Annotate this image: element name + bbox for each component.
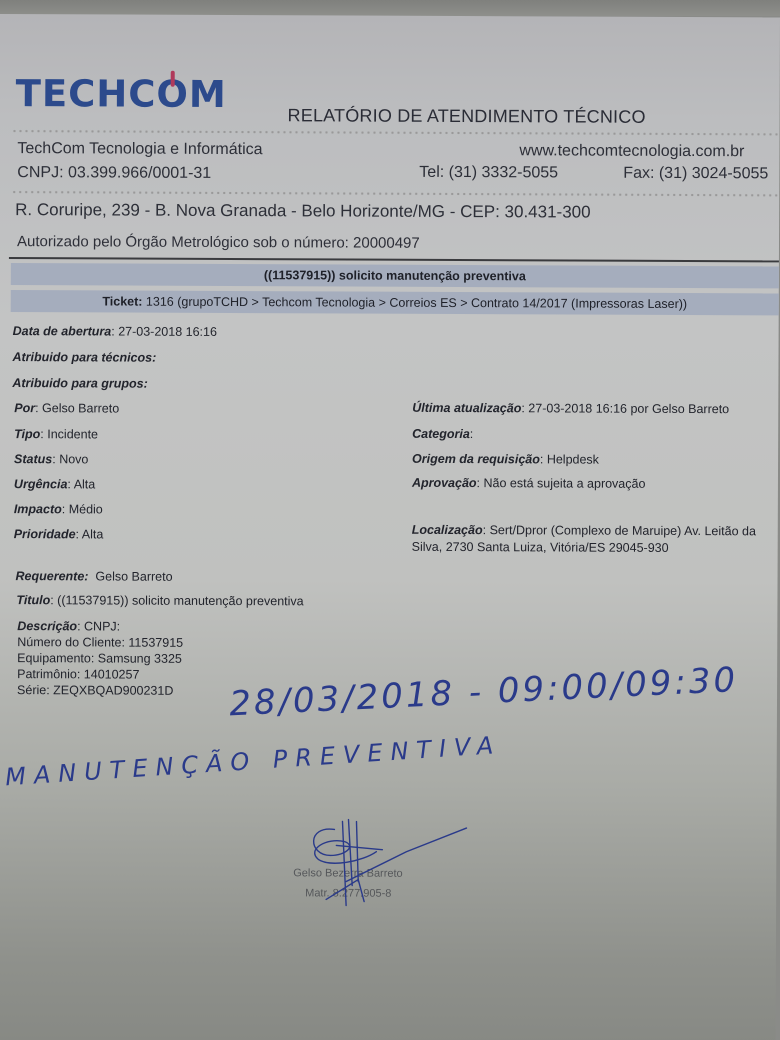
field-by: Por: Gelso Barreto bbox=[14, 401, 119, 415]
field-label: Urgência bbox=[14, 477, 68, 491]
dotted-divider bbox=[11, 129, 779, 136]
company-name: TechCom Tecnologia e Informática bbox=[17, 140, 262, 159]
ticket-value: 1316 (grupoTCHD > Techcom Tecnologia > C… bbox=[142, 295, 687, 311]
field-value: Incidente bbox=[47, 427, 98, 441]
ticket-label: Ticket: bbox=[102, 294, 142, 308]
field-value: Médio bbox=[69, 502, 103, 516]
header-divider bbox=[9, 257, 779, 262]
document-page: TECHCOM RELATÓRIO DE ATENDIMENTO TÉCNICO… bbox=[0, 14, 780, 1040]
field-label: Prioridade bbox=[14, 527, 76, 541]
description-equipment: Equipamento: Samsung 3325 bbox=[17, 650, 183, 667]
logo-text: TECHC bbox=[16, 72, 157, 116]
field-value: Não está sujeita a aprovação bbox=[483, 476, 645, 491]
field-priority: Prioridade: Alta bbox=[14, 527, 104, 541]
field-label: Última atualização bbox=[412, 401, 521, 415]
field-value: 27-03-2018 16:16 bbox=[118, 325, 217, 339]
field-label: Localização bbox=[412, 523, 483, 537]
field-value: Alta bbox=[74, 477, 96, 491]
company-fax: Fax: (31) 3024-5055 bbox=[623, 165, 768, 184]
field-urgency: Urgência: Alta bbox=[14, 477, 95, 491]
field-value: Gelso Barreto bbox=[42, 401, 119, 415]
company-cnpj: CNPJ: 03.399.966/0001-31 bbox=[17, 164, 211, 183]
field-sep: : bbox=[483, 523, 490, 537]
field-sep: : bbox=[477, 476, 484, 490]
field-sep: : bbox=[540, 452, 547, 466]
description-serial: Série: ZEQXBQAD900231D bbox=[17, 682, 183, 699]
description-header: Descrição: CNPJ: bbox=[17, 618, 183, 635]
techcom-logo: TECHCOM bbox=[16, 72, 227, 116]
field-label: Atribuido para técnicos: bbox=[12, 350, 156, 365]
field-label: Por bbox=[14, 401, 35, 415]
field-sep: : bbox=[35, 401, 42, 415]
field-status: Status: Novo bbox=[14, 452, 88, 466]
field-label: Aprovação bbox=[412, 476, 477, 490]
field-type: Tipo: Incidente bbox=[14, 427, 98, 441]
field-label: Status bbox=[14, 452, 52, 466]
signature-icon bbox=[286, 815, 486, 916]
power-icon: O bbox=[156, 73, 189, 116]
field-assigned-technicians: Atribuido para técnicos: bbox=[12, 350, 156, 365]
handwritten-note: MANUTENÇÃO PREVENTIVA bbox=[4, 731, 502, 791]
field-label: Titulo bbox=[16, 593, 50, 607]
field-value: Gelso Barreto bbox=[95, 569, 172, 583]
ticket-path-band: Ticket: 1316 (grupoTCHD > Techcom Tecnol… bbox=[11, 290, 779, 315]
ticket-title-band: ((11537915)) solicito manutenção prevent… bbox=[11, 263, 779, 288]
company-phone: Tel: (31) 3332-5055 bbox=[419, 164, 558, 183]
field-label: Impacto bbox=[14, 502, 62, 516]
field-value: Novo bbox=[59, 452, 88, 466]
field-label: Descrição bbox=[17, 619, 77, 633]
field-location: Localização: Sert/Dpror (Complexo de Mar… bbox=[412, 522, 780, 558]
logo-text-tail: M bbox=[189, 73, 227, 116]
field-sep: : bbox=[50, 593, 57, 607]
field-description: Descrição: CNPJ: Número do Cliente: 1153… bbox=[17, 618, 183, 699]
field-value: ((11537915)) solicito manutenção prevent… bbox=[57, 593, 303, 608]
field-sep: : bbox=[62, 502, 69, 516]
field-requester: Requerente: Gelso Barreto bbox=[16, 569, 173, 584]
field-value: CNPJ: bbox=[84, 619, 120, 633]
company-address: R. Coruripe, 239 - B. Nova Granada - Bel… bbox=[15, 200, 591, 223]
field-label: Tipo bbox=[14, 427, 40, 441]
report-title: RELATÓRIO DE ATENDIMENTO TÉCNICO bbox=[288, 105, 646, 128]
field-label: Origem da requisição bbox=[412, 452, 540, 467]
field-label: Atribuido para grupos: bbox=[12, 376, 147, 391]
field-label: Data de abertura bbox=[13, 324, 112, 338]
handwritten-date-time: 28/03/2018 - 09:00/09:30 bbox=[228, 660, 739, 724]
field-sep: : bbox=[77, 619, 84, 633]
field-approval: Aprovação: Não está sujeita a aprovação bbox=[412, 476, 646, 491]
field-value: Alta bbox=[82, 527, 104, 541]
field-label: Requerente: bbox=[16, 569, 89, 583]
field-category: Categoria: bbox=[412, 427, 473, 441]
field-assigned-groups: Atribuido para grupos: bbox=[12, 376, 147, 391]
field-sep: : bbox=[470, 427, 474, 441]
field-sep bbox=[88, 569, 95, 583]
dotted-divider bbox=[11, 190, 779, 197]
field-last-update: Última atualização: 27-03-2018 16:16 por… bbox=[412, 401, 729, 416]
authorization-note: Autorizado pelo Órgão Metrológico sob o … bbox=[17, 233, 420, 252]
field-opening-date: Data de abertura: 27-03-2018 16:16 bbox=[13, 324, 217, 339]
field-label: Categoria bbox=[412, 427, 470, 441]
company-website: www.techcomtecnologia.com.br bbox=[519, 142, 744, 161]
description-client-number: Número do Cliente: 11537915 bbox=[17, 634, 183, 651]
description-asset-number: Patrimônio: 14010257 bbox=[17, 666, 183, 683]
field-impact: Impacto: Médio bbox=[14, 502, 103, 516]
field-title: Titulo: ((11537915)) solicito manutenção… bbox=[16, 593, 303, 608]
field-request-origin: Origem da requisição: Helpdesk bbox=[412, 452, 599, 467]
field-value: Helpdesk bbox=[547, 452, 599, 466]
field-value: 27-03-2018 16:16 por Gelso Barreto bbox=[528, 401, 729, 416]
